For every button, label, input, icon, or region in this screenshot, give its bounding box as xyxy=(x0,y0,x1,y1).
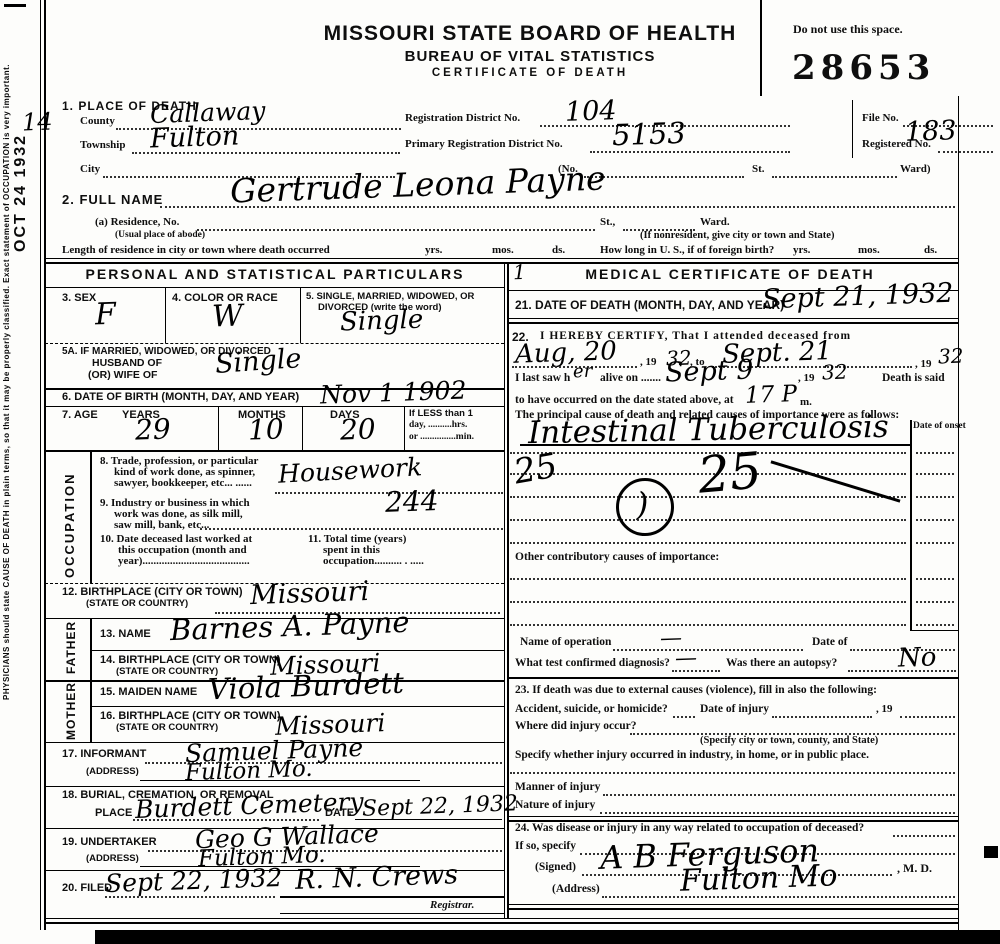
contributory-line-2 xyxy=(510,601,906,603)
trade-label-3: sawyer, bookkeeper, etc... ...... xyxy=(114,477,252,489)
frag-19b: , 19 xyxy=(915,358,932,370)
city-ward-label: Ward) xyxy=(900,163,931,175)
operation-line xyxy=(613,649,803,651)
personal-header: PERSONAL AND STATISTICAL PARTICULARS xyxy=(50,266,500,282)
where-injury-label: Where did injury occur? xyxy=(515,720,637,732)
certificate-subtitle: CERTIFICATE OF DEATH xyxy=(300,67,760,79)
registrar-label: Registrar. xyxy=(430,899,474,911)
md-label: , M. D. xyxy=(897,861,932,876)
informant-label: 17. INFORMANT xyxy=(62,748,146,760)
father-bp-state-label: (STATE OR COUNTRY) xyxy=(116,666,218,677)
form-border-right xyxy=(958,96,959,930)
mother-bp-state-label: (STATE OR COUNTRY) xyxy=(116,722,218,733)
father-name-value: Barnes A. Payne xyxy=(170,608,410,645)
manner-label: Manner of injury xyxy=(515,781,600,793)
test-label: What test confirmed diagnosis? xyxy=(515,657,670,669)
autopsy-label: Was there an autopsy? xyxy=(726,657,837,669)
address-line xyxy=(602,896,955,898)
bureau-subtitle: BUREAU OF VITAL STATISTICS xyxy=(300,48,760,65)
mother-maiden-value: Viola Burdett xyxy=(208,669,405,705)
county-label: County xyxy=(80,115,115,127)
nature-label: Nature of injury xyxy=(515,799,595,811)
father-side-label: FATHER xyxy=(64,621,78,674)
birthplace-state-label: (STATE OR COUNTRY) xyxy=(86,598,188,609)
us-yrs-label: yrs. xyxy=(793,244,810,256)
marital-label-1: 5. SINGLE, MARRIED, WIDOWED, OR xyxy=(306,291,474,302)
onset-line-4 xyxy=(916,519,954,521)
injury-19-label: , 19 xyxy=(876,703,893,715)
primary-reg-label: Primary Registration District No. xyxy=(405,138,563,150)
industry-line xyxy=(200,528,503,530)
mother-side-label: MOTHER xyxy=(64,682,78,740)
dob-label: 6. DATE OF BIRTH (MONTH, DAY, AND YEAR) xyxy=(62,391,299,403)
last-worked-label-3: year)...................................… xyxy=(118,555,250,567)
attended-from-value: Aug, 20 xyxy=(515,338,618,368)
length-ds-label: ds. xyxy=(552,244,565,256)
full-name-value: Gertrude Leona Payne xyxy=(230,161,607,207)
city-st-line xyxy=(772,176,897,178)
residence-line xyxy=(197,229,595,231)
scan-artifact-right xyxy=(984,846,998,858)
registered-no-line xyxy=(938,151,993,153)
time-of-death-value: 17 P xyxy=(745,383,798,408)
injury-date-label: Date of injury xyxy=(700,703,769,715)
form-border-left-inner xyxy=(44,0,46,930)
operation-date-label: Date of xyxy=(812,636,847,648)
cause-line-4 xyxy=(510,519,906,521)
city-st-label: St. xyxy=(752,163,765,175)
reg-district-value: 104 xyxy=(565,97,617,126)
age-days-value: 20 xyxy=(340,415,377,444)
race-cell-line xyxy=(300,287,301,343)
scan-bottom-bar xyxy=(95,930,1000,944)
accident-line xyxy=(673,716,695,718)
section-23-top-line xyxy=(507,677,958,679)
father-bp-label: 14. BIRTHPLACE (CITY OR TOWN) xyxy=(100,654,281,666)
township-value: Fulton xyxy=(150,122,240,152)
residence-label: (a) Residence, No. xyxy=(95,216,179,228)
specify-line xyxy=(510,772,955,774)
registrar-signature: R. N. Crews xyxy=(295,861,459,894)
section-divider xyxy=(45,258,958,264)
death-said-label: Death is said xyxy=(882,372,945,384)
signed-label: (Signed) xyxy=(535,861,576,873)
undertaker-label: 19. UNDERTAKER xyxy=(62,836,157,848)
sex-value: F xyxy=(94,300,116,331)
trade-value: Housework xyxy=(277,454,422,487)
onset-line-8 xyxy=(916,624,954,626)
age-months-value: 10 xyxy=(248,415,285,444)
m-label: m. xyxy=(800,396,812,408)
burial-place-label: PLACE xyxy=(95,807,132,819)
us-mos-label: mos. xyxy=(858,244,880,256)
contributory-line-1 xyxy=(510,578,906,580)
injury-19-line xyxy=(900,716,955,718)
age-col1-line xyxy=(218,406,219,450)
filed-line xyxy=(105,896,275,898)
related-line xyxy=(893,835,955,837)
file-col-line xyxy=(852,100,853,158)
date-of-death-value: Sept 21, 1932 xyxy=(762,280,954,314)
industry-value: 244 xyxy=(385,487,439,517)
onset-line-1 xyxy=(916,452,954,454)
age-label: 7. AGE xyxy=(62,409,98,421)
city-label: City xyxy=(80,163,100,175)
column-divider-a xyxy=(504,262,505,918)
full-name-label: 2. FULL NAME xyxy=(62,192,163,207)
onset-column-bottom xyxy=(910,630,958,631)
right-bottom-rule xyxy=(507,904,958,910)
contributory-label: Other contributory causes of importance: xyxy=(515,551,719,563)
onset-column-line xyxy=(910,420,912,630)
us-ds-label: ds. xyxy=(924,244,937,256)
year2-value: 32 xyxy=(938,346,964,367)
specify-city-label: (Specify city or town, county, and State… xyxy=(700,735,878,746)
occupation-cell-line xyxy=(90,450,92,583)
how-long-us-label: How long in U. S., if of foreign birth? xyxy=(600,244,774,256)
mother-cell-line xyxy=(90,680,92,742)
birthplace-value: Missouri xyxy=(250,578,370,609)
birthplace-label: 12. BIRTHPLACE (CITY OR TOWN) xyxy=(62,586,243,598)
registrar-sig-line xyxy=(280,896,504,898)
onset-line-2 xyxy=(916,473,954,475)
registered-no-value: 183 xyxy=(905,117,957,146)
form-bottom-rule xyxy=(45,918,958,924)
last-saw-label: I last saw h xyxy=(515,372,570,384)
nature-line xyxy=(600,812,955,814)
less-than-label-3: or ...............min. xyxy=(409,432,474,442)
total-time-label-3: occupation.......... . ..... xyxy=(323,555,424,567)
burial-date-value: Sept 22, 1932 xyxy=(362,793,519,820)
annotation-mark-1: 25 xyxy=(511,449,560,490)
manner-line xyxy=(603,794,955,796)
burial-line xyxy=(133,819,319,821)
year3-value: 32 xyxy=(822,362,848,383)
accident-label: Accident, suicide, or homicide? xyxy=(515,703,668,715)
mother-bp-label: 16. BIRTHPLACE (CITY OR TOWN) xyxy=(100,710,281,722)
row-line-8 xyxy=(45,450,504,452)
age-col3-line xyxy=(404,406,405,450)
last-alive-value: Sept 9 xyxy=(665,356,754,386)
autopsy-line xyxy=(848,670,956,672)
primary-reg-value: 5153 xyxy=(612,119,687,151)
specify-where-label: Specify whether injury occurred in indus… xyxy=(515,749,869,761)
received-date-stamp: OCT 24 1932 xyxy=(12,134,30,252)
alive-on-label: alive on ....... xyxy=(600,372,661,384)
injury-date-line xyxy=(772,716,872,718)
onset-line-6 xyxy=(916,578,954,580)
address-label: (Address) xyxy=(552,883,600,895)
form-border-left-outer xyxy=(40,0,41,930)
mother-maiden-label: 15. MAIDEN NAME xyxy=(100,686,197,698)
dod-underline xyxy=(507,318,958,324)
occurred-label: to have occurred on the date stated abov… xyxy=(515,394,734,406)
autopsy-value: No xyxy=(898,644,937,671)
annotation-mark-2: ) xyxy=(635,488,649,520)
undertaker-address-label: (ADDRESS) xyxy=(86,853,139,864)
onset-line-5 xyxy=(916,542,954,544)
board-title: MISSOURI STATE BOARD OF HEALTH xyxy=(300,22,760,46)
length-yrs-label: yrs. xyxy=(425,244,442,256)
onset-line-3 xyxy=(916,496,954,498)
date-of-onset-label: Date of onset xyxy=(913,421,966,431)
death-certificate-scan: PHYSICIANS should state CAUSE OF DEATH i… xyxy=(0,0,1000,944)
frag-19a: , 19 xyxy=(640,356,657,368)
onset-line-7 xyxy=(916,601,954,603)
abode-label: (Usual place of abode) xyxy=(115,230,205,240)
father-name-label: 13. NAME xyxy=(100,628,151,640)
her-value: er xyxy=(573,363,593,382)
informant-address-label: (ADDRESS) xyxy=(86,766,139,777)
father-cell-line xyxy=(90,618,92,680)
scan-artifact-top-left xyxy=(4,4,26,7)
occupation-side-label: OCCUPATION xyxy=(62,473,77,578)
spouse-value: Single xyxy=(214,345,302,378)
mother-row-line xyxy=(90,706,504,707)
operation-label: Name of operation xyxy=(520,636,611,648)
sex-label: 3. SEX xyxy=(62,292,96,304)
township-label: Township xyxy=(80,139,125,151)
certificate-number: 28653 xyxy=(792,48,935,88)
wife-of-label: (OR) WIFE OF xyxy=(88,369,157,381)
less-than-label-2: day, ..........hrs. xyxy=(409,420,467,430)
do-not-use-box-line xyxy=(760,0,762,96)
filed-date-value: Sept 22, 1932 xyxy=(105,865,283,896)
frag-19c: , 19 xyxy=(798,372,815,384)
registrar-bottom-line xyxy=(280,913,504,914)
less-than-label-1: If LESS than 1 xyxy=(409,408,473,419)
do-not-use-label: Do not use this space. xyxy=(793,22,903,37)
row-line-18 xyxy=(45,786,504,787)
dob-value: Nov 1 1902 xyxy=(320,377,467,407)
external-causes-label: 23. If death was due to external causes … xyxy=(515,684,877,696)
date-of-death-label: 21. DATE OF DEATH (MONTH, DAY, AND YEAR) xyxy=(515,298,784,312)
husband-of-label: HUSBAND OF xyxy=(92,357,162,369)
test-dash-mark: — xyxy=(675,648,698,671)
residence-ward-label: Ward. xyxy=(700,216,730,228)
nonresident-label: (If nonresident, give city or town and S… xyxy=(640,230,834,241)
file-no-label: File No. xyxy=(862,112,899,124)
age-years-value: 29 xyxy=(135,415,172,444)
contributory-line-3 xyxy=(510,624,906,626)
reg-district-label: Registration District No. xyxy=(405,112,520,124)
annotation-mark-3: 25 xyxy=(696,445,764,500)
length-mos-label: mos. xyxy=(492,244,514,256)
burial-date-label: DATE xyxy=(325,807,354,819)
row-line-7 xyxy=(45,406,504,407)
cause-line-5 xyxy=(510,542,906,544)
color-race-value: W xyxy=(211,301,243,332)
margin-note: PHYSICIANS should state CAUSE OF DEATH i… xyxy=(2,64,11,700)
informant-address-value: Fulton Mo. xyxy=(185,758,313,785)
residence-st-label: St., xyxy=(600,216,615,228)
left-header-line xyxy=(45,287,504,288)
physician-address: Fulton Mo xyxy=(680,861,838,896)
city-no-line xyxy=(584,176,744,178)
age-col2-line xyxy=(302,406,303,450)
if-so-label: If so, specify xyxy=(515,840,576,852)
margin-number-hw: 14 xyxy=(22,109,53,134)
sex-cell-line xyxy=(165,287,166,343)
industry-label-3: saw mill, bank, etc... xyxy=(114,519,209,531)
length-residence-label: Length of residence in city or town wher… xyxy=(62,244,330,256)
marital-value: Single xyxy=(340,307,424,336)
